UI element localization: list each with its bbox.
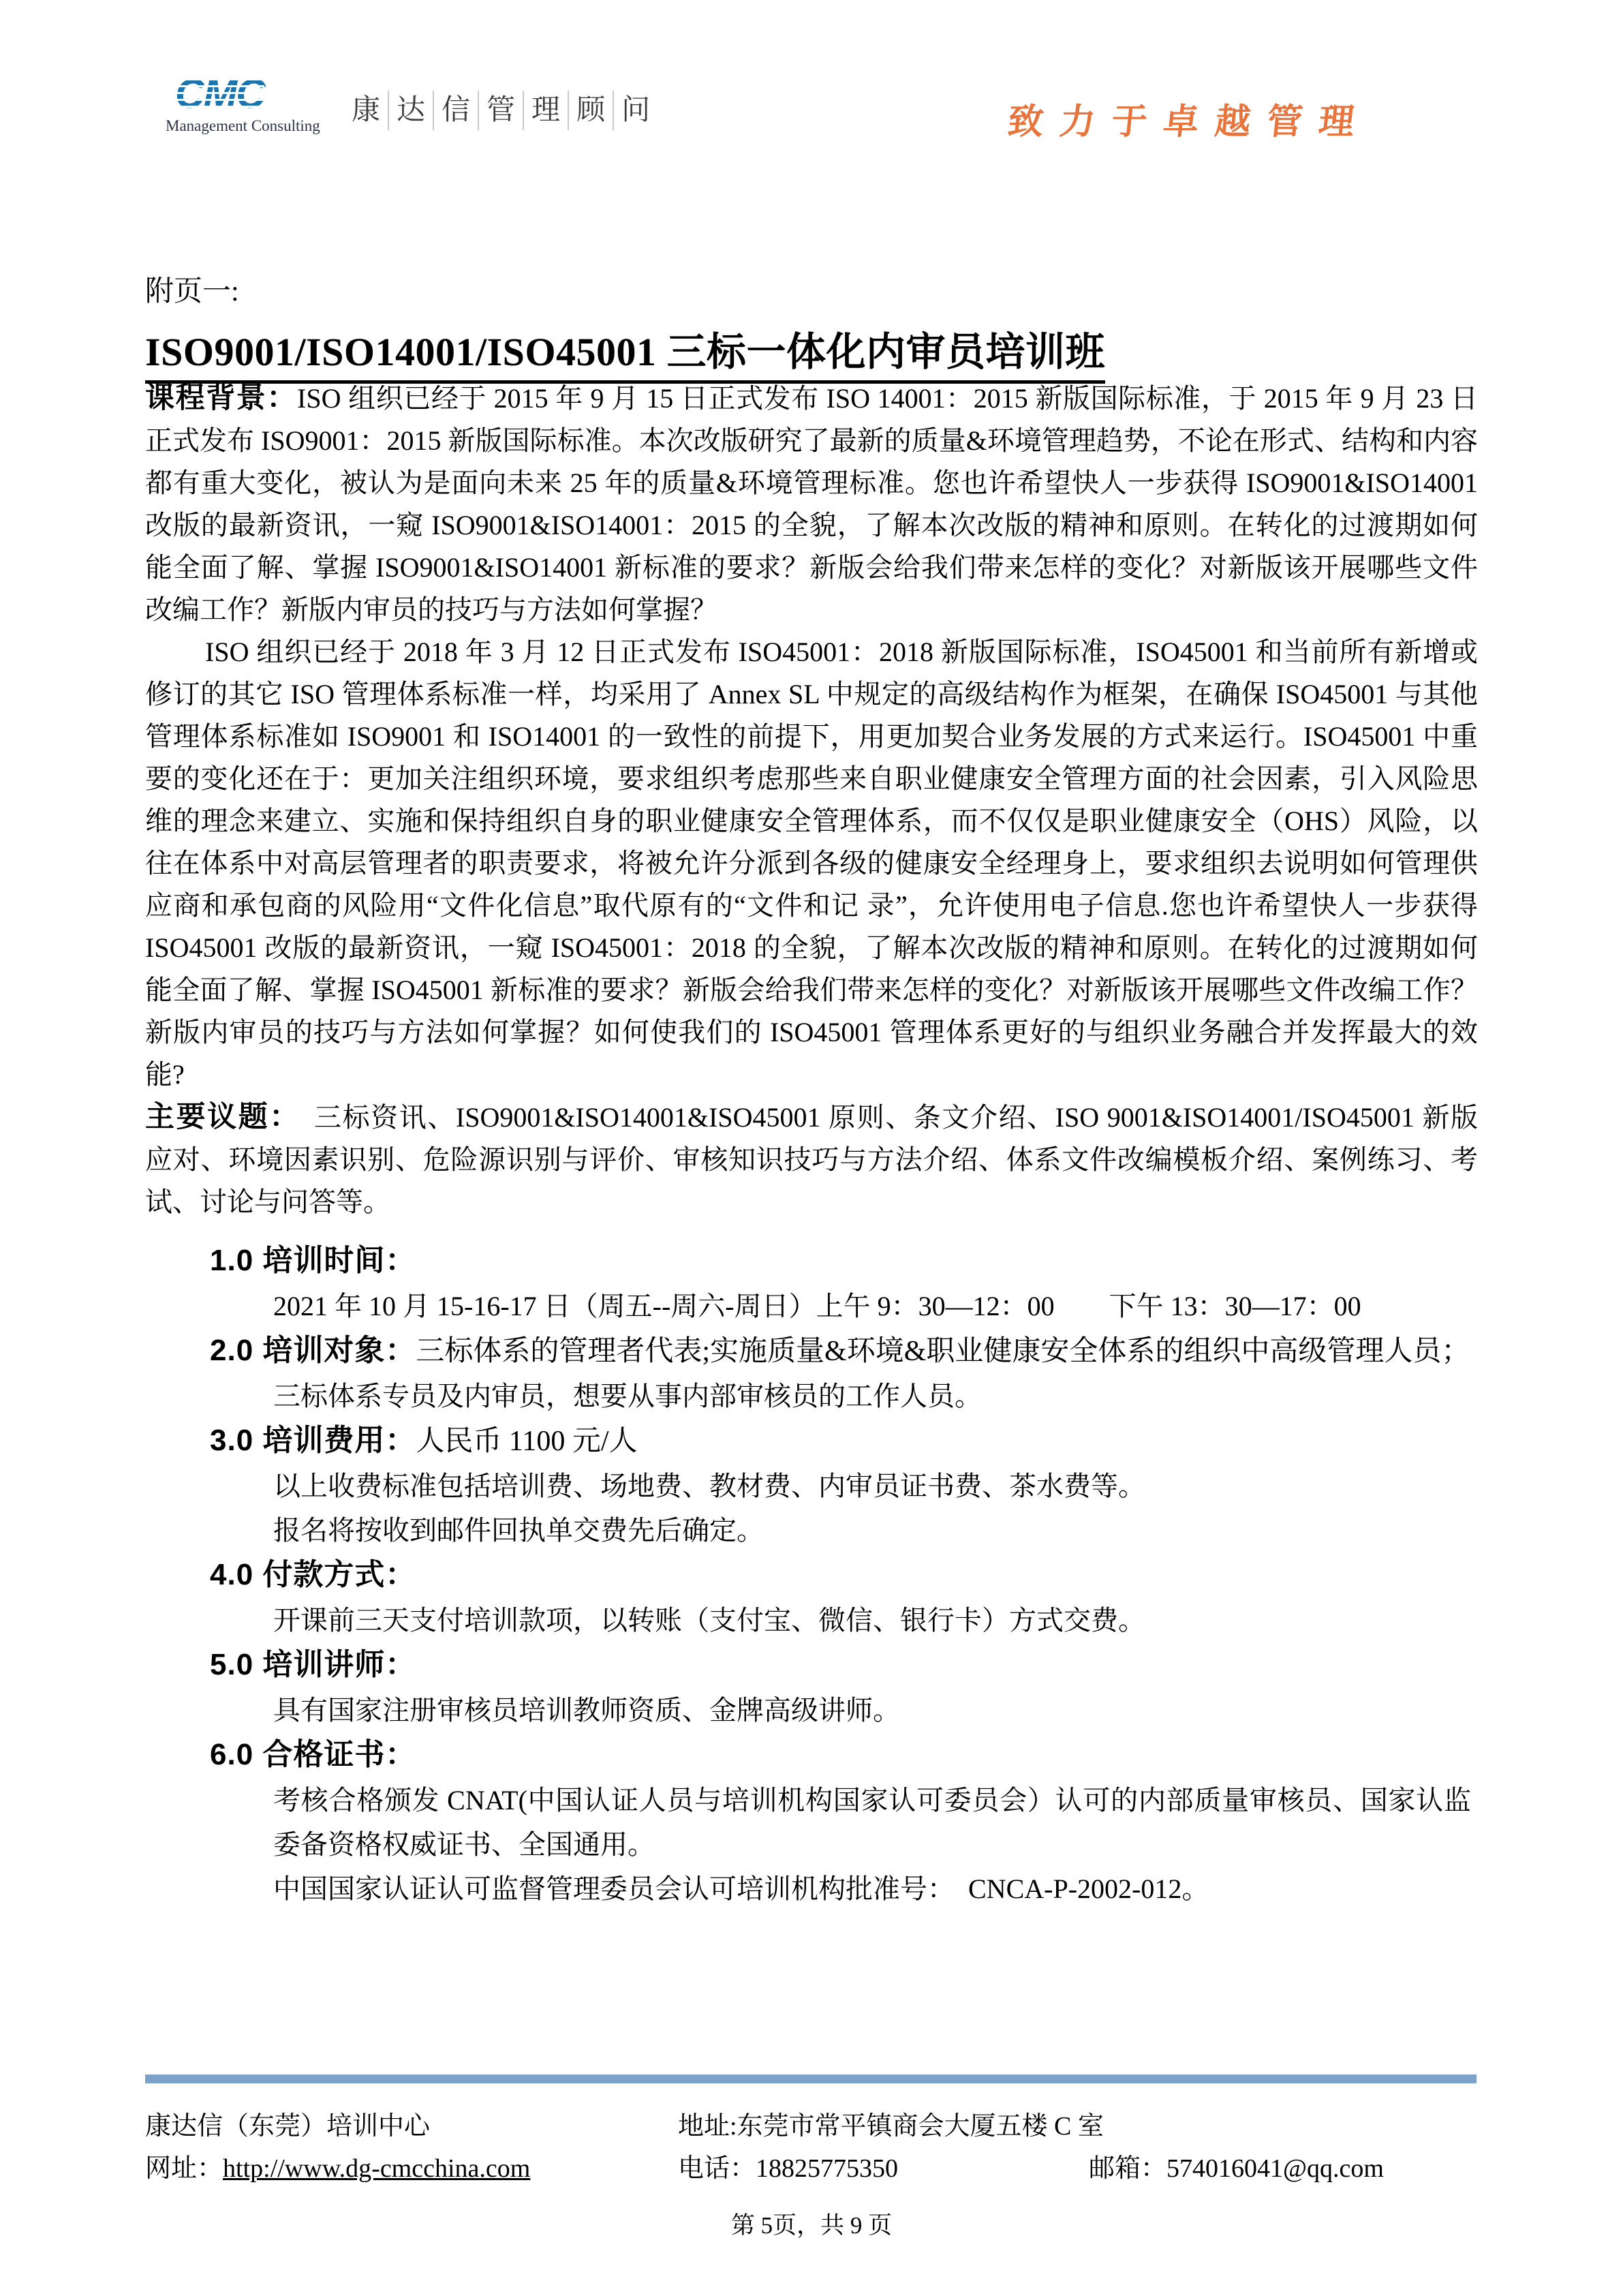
training-center-name: 康达信（东莞）培训中心 [145,2104,430,2142]
section-line: 三标体系专员及内审员，想要从事内部审核员的工作人员。 [273,1374,1478,1418]
section-heading: 1.0 培训时间： [210,1244,416,1277]
section-heading: 3.0 培训费用： [210,1424,416,1457]
email-text: 邮箱：574016041@qq.com [1089,2147,1384,2184]
course-background-label: 课程背景： [145,382,297,414]
section-heading: 4.0 付款方式： [210,1558,416,1591]
section-heading: 6.0 合格证书： [210,1738,416,1771]
paragraph-iso45001: ISO 组织已经于 2018 年 3 月 12 日正式发布 ISO45001：2… [145,631,1478,1096]
phone-text: 电话：18825775350 [678,2147,898,2184]
main-topics-label: 主要议题： [145,1101,285,1133]
section-heading-inline: 人民币 1100 元/人 [416,1426,637,1457]
section-line: 2021 年 10 月 15-16-17 日（周五--周六-周日）上午 9：30… [273,1284,1478,1328]
numbered-sections: 1.0 培训时间： 2021 年 10 月 15-16-17 日（周五--周六-… [145,1238,1478,1911]
section-training-time: 1.0 培训时间： 2021 年 10 月 15-16-17 日（周五--周六-… [145,1238,1478,1328]
section-heading-inline: 三标体系的管理者代表;实施质量&环境&职业健康安全体系的组织中高级管理人员； [416,1336,1470,1367]
website-row: 网址：http://www.dg-cmcchina.com [145,2147,530,2184]
footer-divider [145,2075,1477,2083]
section-line: 具有国家注册审核员培训教师资质、金牌高级讲师。 [273,1688,1478,1732]
section-training-audience: 2.0 培训对象：三标体系的管理者代表;实施质量&环境&职业健康安全体系的组织中… [145,1328,1478,1418]
section-training-fee: 3.0 培训费用：人民币 1100 元/人 以上收费标准包括培训费、场地费、教材… [145,1418,1478,1552]
course-title: ISO9001/ISO14001/ISO45001 三标一体化内审员培训班 [145,330,1105,384]
website-link[interactable]: http://www.dg-cmcchina.com [223,2154,530,2183]
section-payment-method: 4.0 付款方式： 开课前三天支付培训款项，以转账（支付宝、微信、银行卡）方式交… [145,1552,1478,1642]
section-line: 以上收费标准包括培训费、场地费、教材费、内审员证书费、茶水费等。 [273,1464,1478,1508]
section-heading: 5.0 培训讲师： [210,1648,416,1681]
attachment-label: 附页一: [145,276,1478,307]
website-label: 网址： [145,2154,223,2183]
address-text: 地址:东莞市常平镇商会大厦五楼 C 室 [678,2104,1104,2142]
section-trainer: 5.0 培训讲师： 具有国家注册审核员培训教师资质、金牌高级讲师。 [145,1642,1478,1732]
main-topics-text: 三标资讯、ISO9001&ISO14001&ISO45001 原则、条文介绍、I… [145,1102,1478,1217]
section-line: 报名将按收到邮件回执单交费先后确定。 [273,1508,1478,1552]
section-line: 中国国家认证认可监督管理委员会认可培训机构批准号： CNCA-P-2002-01… [273,1867,1478,1911]
paragraph-main-topics: 主要议题： 三标资讯、ISO9001&ISO14001&ISO45001 原则、… [145,1096,1478,1223]
page-number: 第 5页，共 9 页 [0,2207,1623,2241]
document-body: 附页一: ISO9001/ISO14001/ISO45001 三标一体化内审员培… [145,0,1478,1911]
section-certificate: 6.0 合格证书： 考核合格颁发 CNAT(中国认证人员与培训机构国家认可委员会… [145,1732,1478,1911]
section-line: 开课前三天支付培训款项，以转账（支付宝、微信、银行卡）方式交费。 [273,1598,1478,1642]
paragraph-course-background: 课程背景：ISO 组织已经于 2015 年 9 月 15 日正式发布 ISO 1… [145,377,1478,631]
document-page: CMC Management Consulting 康达信管理顾问 致力于卓越管… [0,0,1623,2296]
course-background-text: ISO 组织已经于 2015 年 9 月 15 日正式发布 ISO 14001：… [145,383,1478,625]
section-heading: 2.0 培训对象： [210,1334,416,1367]
section-line: 考核合格颁发 CNAT(中国认证人员与培训机构国家认可委员会）认可的内部质量审核… [273,1778,1478,1867]
